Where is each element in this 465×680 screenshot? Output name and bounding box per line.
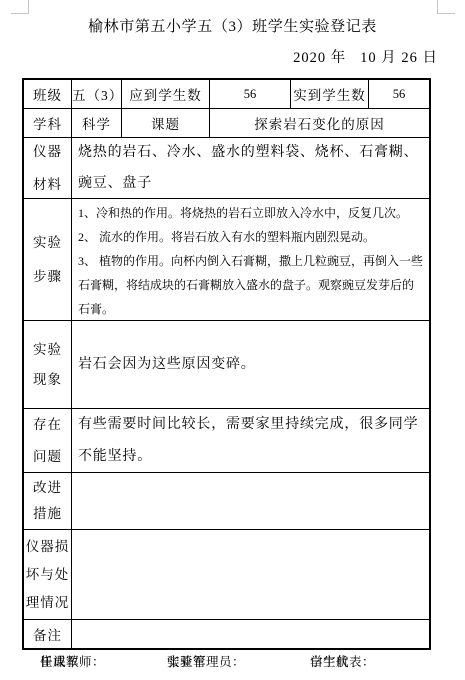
manager-name: 张亚军 bbox=[167, 652, 206, 670]
table-row-problems: 存在 问题 有些需要时间比较长，需要家里持续完成，很多同学不能坚持。 bbox=[24, 409, 429, 473]
remarks-label: 备注 bbox=[24, 620, 72, 648]
crop-mark-top-right bbox=[437, 0, 455, 14]
remarks-content bbox=[72, 620, 429, 648]
step-2: 2、 流水的作用。将岩石放入有水的塑料瓶内剧烈晃动。 bbox=[78, 225, 423, 249]
doc-date: 2020 年 10 月 26 日 bbox=[293, 46, 438, 67]
document-page: 榆林市第五小学五（3）班学生实验登记表 2020 年 10 月 26 日 班级 … bbox=[0, 0, 465, 680]
phenomenon-content: 岩石会因为这些原因变碎。 bbox=[72, 321, 429, 408]
steps-content: 1、冷和热的作用。将烧热的岩石立即放入冷水中，反复几次。 2、 流水的作用。将岩… bbox=[72, 199, 429, 320]
actual-students-label: 实到学生数 bbox=[291, 80, 369, 108]
subject-value: 科学 bbox=[72, 109, 122, 137]
class-label: 班级 bbox=[24, 80, 72, 108]
table-row-class: 班级 五（3） 应到学生数 56 实到学生数 56 bbox=[24, 80, 429, 109]
table-row-steps: 实验 步骤 1、冷和热的作用。将烧热的岩石立即放入冷水中，反复几次。 2、 流水… bbox=[24, 199, 429, 321]
problems-content: 有些需要时间比较长，需要家里持续完成，很多同学不能坚持。 bbox=[72, 409, 429, 472]
page-title: 榆林市第五小学五（3）班学生实验登记表 bbox=[0, 15, 465, 36]
table-row-subject: 学科 科学 课题 探索岩石变化的原因 bbox=[24, 109, 429, 138]
table-row-equipment: 仪器 材料 烧热的岩石、冷水、盛水的塑料袋、烧杯、石膏糊、豌豆、盘子 bbox=[24, 138, 429, 199]
equipment-content: 烧热的岩石、冷水、盛水的塑料袋、烧杯、石膏糊、豌豆、盘子 bbox=[72, 138, 429, 198]
table-row-improvements: 改进 措施 bbox=[24, 473, 429, 530]
actual-students-value: 56 bbox=[369, 80, 429, 108]
expected-students-value: 56 bbox=[210, 80, 291, 108]
topic-value: 探索岩石变化的原因 bbox=[210, 109, 429, 137]
damage-label: 仪器损 坏与处 理情况 bbox=[24, 530, 72, 619]
class-value: 五（3） bbox=[72, 80, 122, 108]
table-row-damage: 仪器损 坏与处 理情况 bbox=[24, 530, 429, 620]
crop-mark-top-left bbox=[11, 0, 29, 14]
expected-students-label: 应到学生数 bbox=[122, 80, 210, 108]
signature-line: 任课教师：崔成军 实验管理员：张亚军 学生代表：白宇航 bbox=[0, 652, 465, 670]
step-1: 1、冷和热的作用。将烧热的岩石立即放入冷水中，反复几次。 bbox=[78, 201, 423, 225]
teacher-name: 崔成军 bbox=[40, 652, 79, 670]
topic-label: 课题 bbox=[122, 109, 210, 137]
equipment-label: 仪器 材料 bbox=[24, 138, 72, 198]
experiment-table: 班级 五（3） 应到学生数 56 实到学生数 56 学科 科学 课题 探索岩石变… bbox=[22, 78, 431, 650]
table-row-phenomenon: 实验 现象 岩石会因为这些原因变碎。 bbox=[24, 321, 429, 409]
improvements-label: 改进 措施 bbox=[24, 473, 72, 529]
representative-name: 白宇航 bbox=[310, 652, 349, 670]
damage-content bbox=[72, 530, 429, 619]
steps-label: 实验 步骤 bbox=[24, 199, 72, 320]
table-row-remarks: 备注 bbox=[24, 620, 429, 648]
improvements-content bbox=[72, 473, 429, 529]
problems-label: 存在 问题 bbox=[24, 409, 72, 472]
subject-label: 学科 bbox=[24, 109, 72, 137]
step-3: 3、 植物的作用。向杯内倒入石膏糊，撒上几粒豌豆，再倒入一些石膏糊，将结成块的石… bbox=[78, 249, 423, 320]
phenomenon-label: 实验 现象 bbox=[24, 321, 72, 408]
